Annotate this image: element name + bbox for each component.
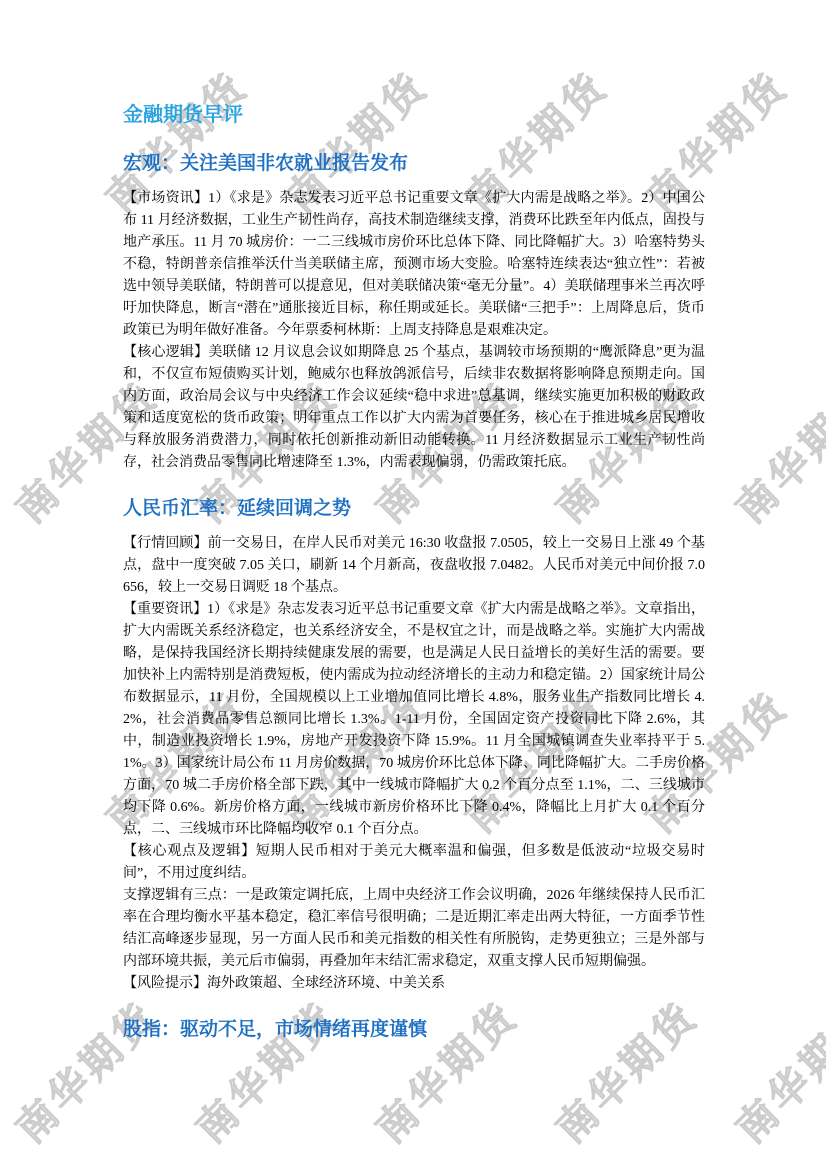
section-heading-stock-index: 股指：驱动不足，市场情绪再度谨慎 (123, 1019, 705, 1042)
macro-core-logic-paragraph: 【核心逻辑】美联储 12 月议息会议如期降息 25 个基点，基调较市场预期的“鹰… (123, 342, 705, 474)
page-title: 金融期货早评 (123, 103, 705, 127)
report-page: { "document": { "title": "金融期货早评", "wate… (0, 0, 826, 1169)
rmb-support-logic-paragraph: 支撑逻辑有三点：一是政策定调托底，上周中央经济工作会议明确，2026 年继续保持… (123, 885, 705, 973)
document-body: 金融期货早评 宏观：关注美国非农就业报告发布 【市场资讯】1）《求是》杂志发表习… (123, 103, 705, 1053)
section-macro: 宏观：关注美国非农就业报告发布 【市场资讯】1）《求是》杂志发表习近平总书记重要… (123, 153, 705, 474)
watermark-text: 南华期货 (721, 366, 826, 534)
watermark-text: 南华期货 (721, 986, 826, 1154)
macro-market-news-paragraph: 【市场资讯】1）《求是》杂志发表习近平总书记重要文章《扩大内需是战略之举》。2）… (123, 188, 705, 342)
section-rmb-fx: 人民币汇率：延续回调之势 【行情回顾】前一交易日，在岸人民币对美元 16:30 … (123, 498, 705, 995)
rmb-key-news-paragraph: 【重要资讯】1）《求是》杂志发表习近平总书记重要文章《扩大内需是战略之举》。文章… (123, 599, 705, 841)
rmb-market-review-paragraph: 【行情回顾】前一交易日，在岸人民币对美元 16:30 收盘报 7.0505，较上… (123, 533, 705, 599)
section-heading-rmb-fx: 人民币汇率：延续回调之势 (123, 498, 705, 521)
section-stock-index: 股指：驱动不足，市场情绪再度谨慎 (123, 1019, 705, 1042)
rmb-core-view-paragraph: 【核心观点及逻辑】短期人民币相对于美元大概率温和偏强，但多数是低波动“垃圾交易时… (123, 841, 705, 885)
rmb-risk-warning-paragraph: 【风险提示】海外政策超、全球经济环境、中美关系 (123, 973, 705, 995)
section-heading-macro: 宏观：关注美国非农就业报告发布 (123, 153, 705, 176)
